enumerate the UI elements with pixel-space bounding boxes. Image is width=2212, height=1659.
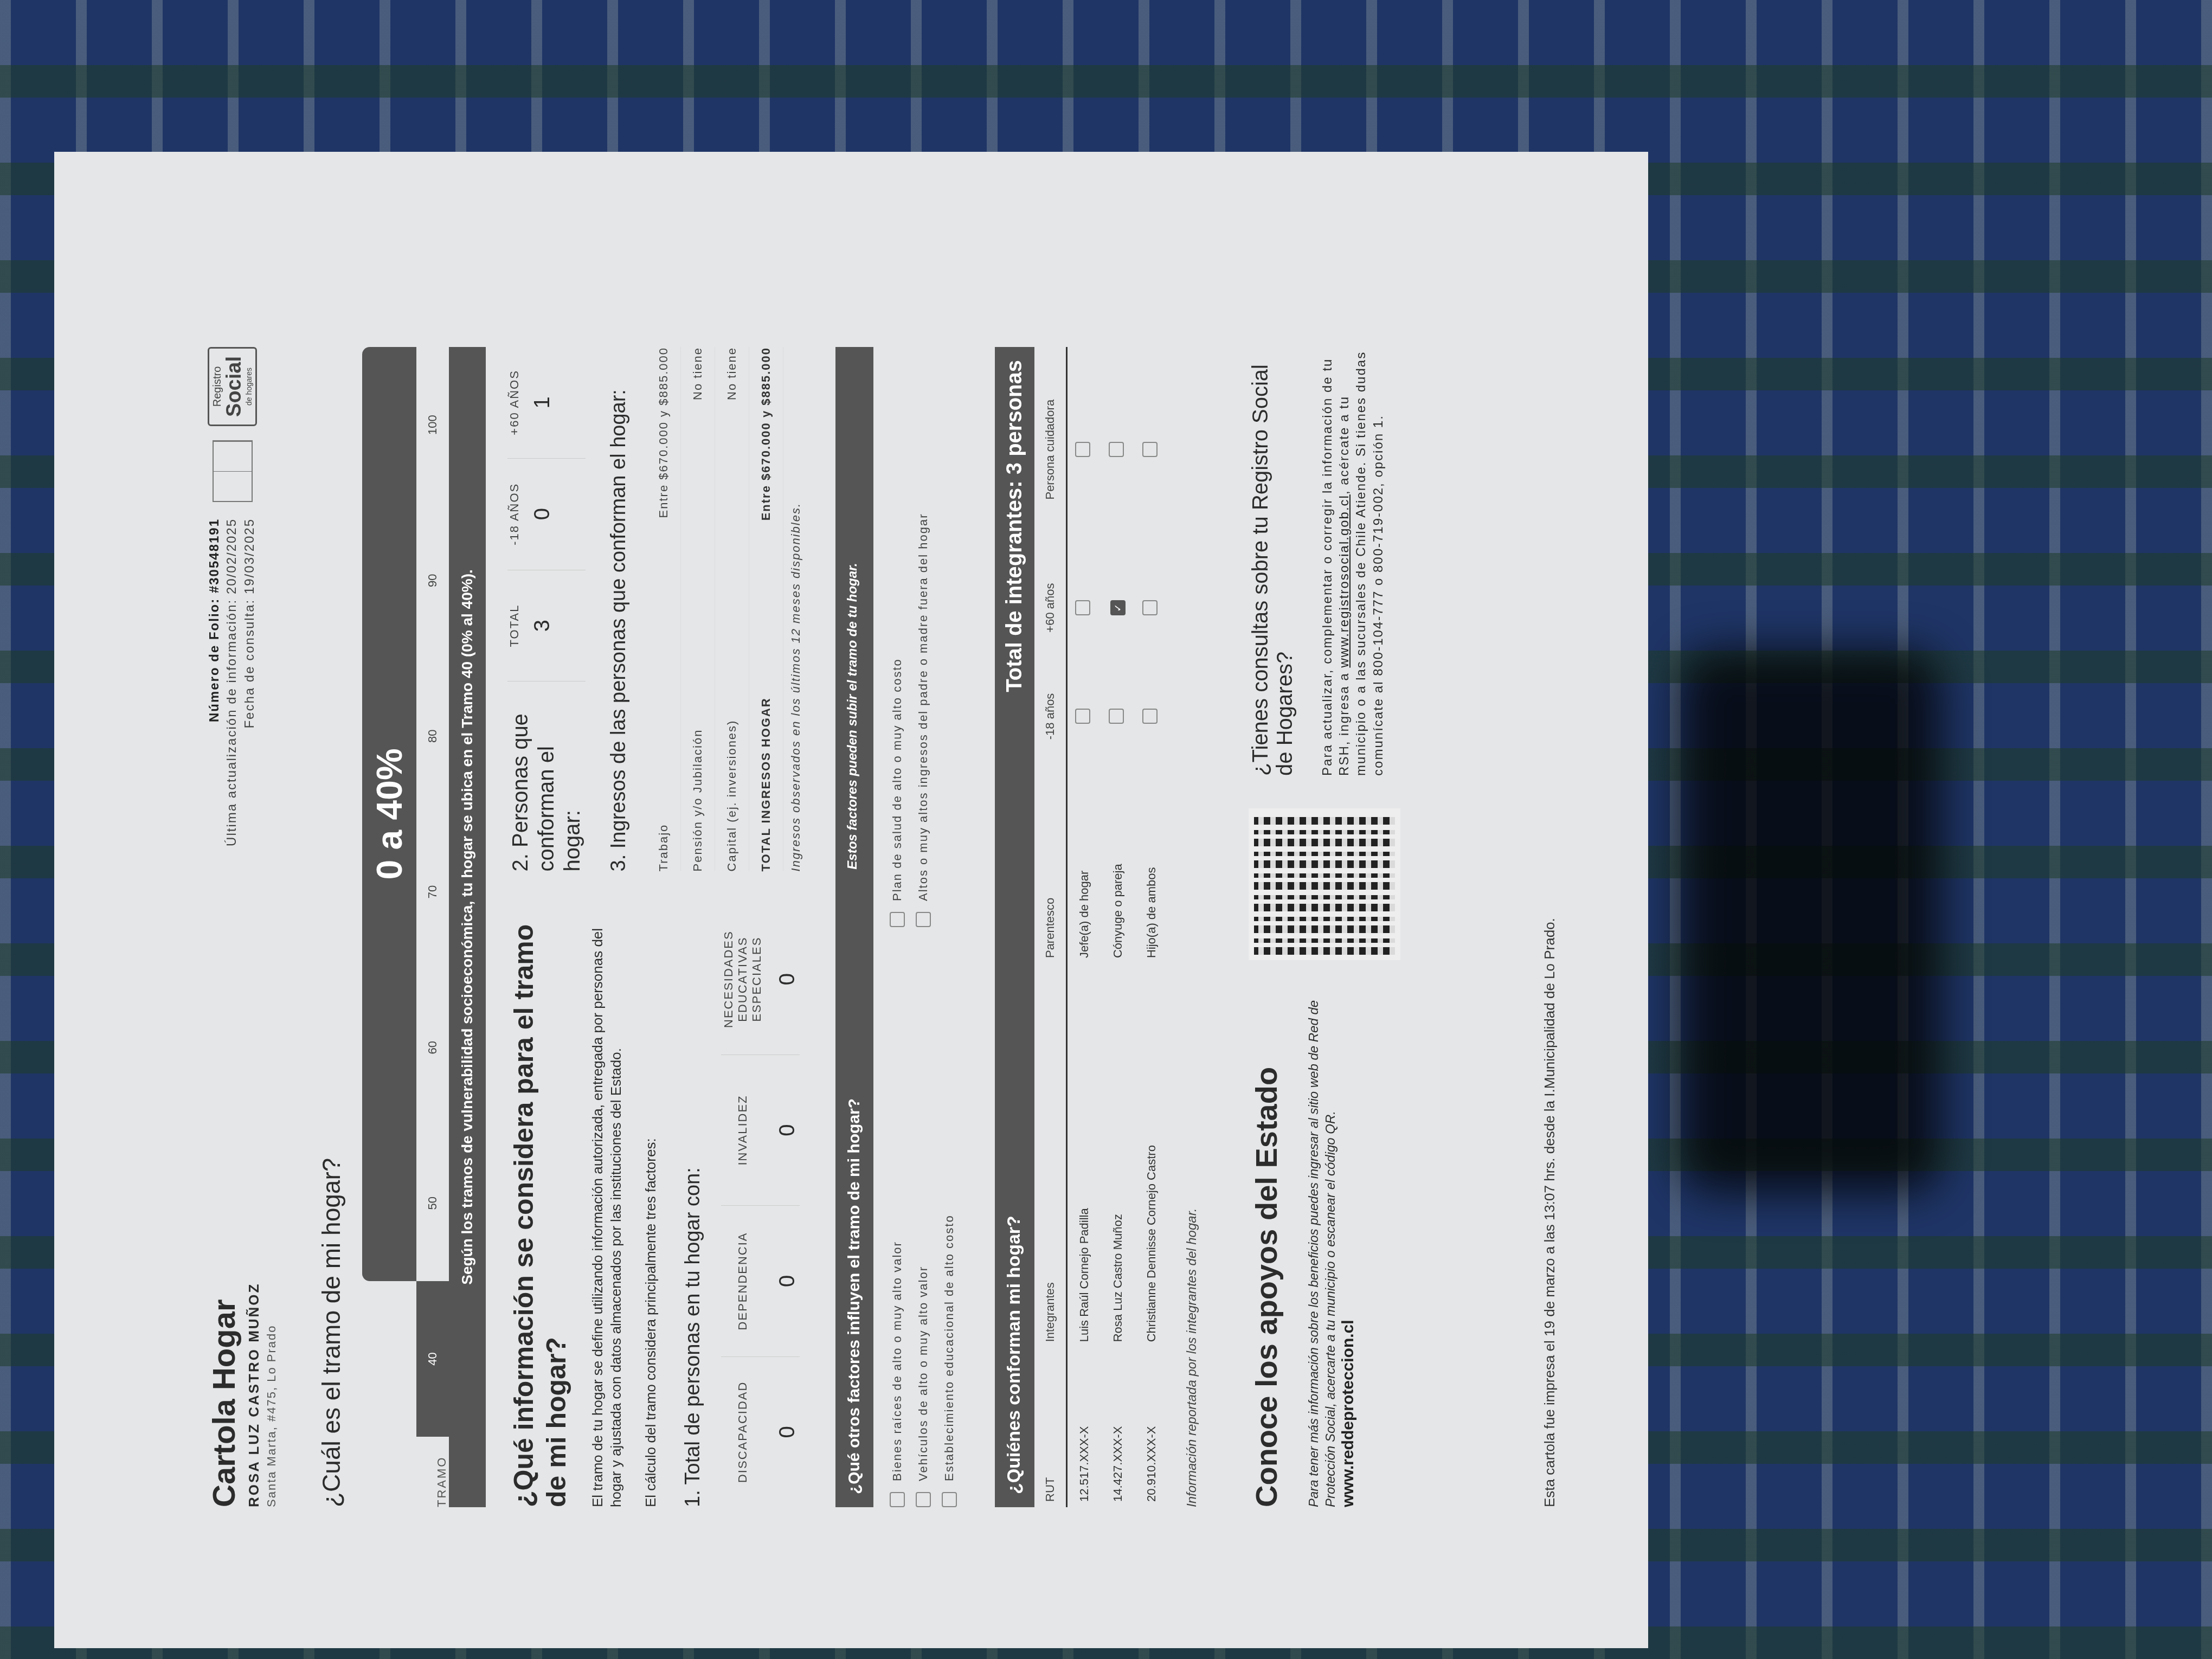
member-flag bbox=[1067, 552, 1102, 663]
factor2-value: 0 bbox=[530, 459, 555, 570]
income-table: TrabajoEntre $670.000 y $885.000Pensión … bbox=[647, 347, 783, 871]
checkbox[interactable] bbox=[1142, 442, 1158, 457]
income-value: Entre $670.000 y $885.000 bbox=[657, 347, 671, 518]
checkbox[interactable] bbox=[1142, 709, 1158, 724]
tramo-tick: 50 bbox=[426, 1126, 440, 1281]
tramo-tick: 100 bbox=[426, 347, 440, 503]
member-flag bbox=[1101, 347, 1135, 552]
factor3-title: 3. Ingresos de las personas que conforma… bbox=[607, 347, 631, 871]
members-column-header: Integrantes bbox=[1034, 963, 1067, 1347]
factor2-value: 3 bbox=[530, 570, 555, 681]
checkbox[interactable] bbox=[890, 912, 905, 927]
owner-address: Santa Marta, #475, Lo Prado bbox=[265, 1283, 279, 1507]
rsh-info-heading: ¿Tienes consultas sobre tu Registro Soci… bbox=[1249, 347, 1297, 776]
factor-label: Bienes raíces de alto o muy alto valor bbox=[890, 1241, 904, 1481]
member-flag bbox=[1135, 347, 1168, 552]
rsh-info-section: ¿Tienes consultas sobre tu Registro Soci… bbox=[1249, 347, 1387, 776]
tramo-scale: TRAMO 0 a 40% 405060708090100 bbox=[362, 347, 449, 1507]
other-factors-heading: ¿Qué otros factores influyen el tramo de… bbox=[835, 1085, 873, 1507]
factor1-label: DEPENDENCIA bbox=[721, 1206, 764, 1356]
factor1-value: 0 bbox=[775, 1206, 800, 1356]
document-title: Cartola Hogar bbox=[206, 1283, 242, 1507]
income-value: No tiene bbox=[725, 347, 739, 400]
government-logo bbox=[213, 440, 253, 502]
tramo-tick: 70 bbox=[426, 814, 440, 969]
tramo-tick: 90 bbox=[426, 503, 440, 658]
checkbox[interactable]: ✓ bbox=[1110, 600, 1126, 615]
member-name: Luis Raúl Cornejo Padilla bbox=[1067, 963, 1102, 1347]
factor2: 2. Personas que conforman el hogar: TOTA… bbox=[507, 347, 586, 871]
checkbox[interactable] bbox=[890, 1492, 905, 1507]
info-paragraph-2: El cálculo del tramo considera principal… bbox=[642, 904, 660, 1507]
member-flag bbox=[1135, 552, 1168, 663]
other-factors-header: ¿Qué otros factores influyen el tramo de… bbox=[835, 347, 873, 1507]
checkbox[interactable] bbox=[1109, 442, 1124, 457]
update-date: 20/02/2025 bbox=[224, 518, 239, 594]
income-label: Trabajo bbox=[657, 824, 671, 872]
document-header: Cartola Hogar ROSA LUZ CASTRO MUÑOZ Sant… bbox=[206, 347, 279, 1507]
member-flag: ✓ bbox=[1101, 552, 1135, 663]
checkbox[interactable] bbox=[916, 1492, 931, 1507]
factor-label: Vehículos de alto o muy alto valor bbox=[916, 1266, 930, 1481]
reddeproteccion-link[interactable]: www.reddeproteccion.cl bbox=[1339, 1320, 1357, 1507]
table-row: 20.910.XXX-XChristianne Dennisse Cornejo… bbox=[1135, 347, 1168, 1507]
members-column-header: +60 años bbox=[1034, 552, 1067, 663]
income-row: TOTAL INGRESOS HOGAREntre $670.000 y $88… bbox=[749, 347, 783, 871]
income-label: Capital (ej. inversiones) bbox=[725, 720, 739, 872]
income-label: Pensión y/o Jubilación bbox=[691, 729, 705, 872]
member-rut: 12.517.XXX-X bbox=[1067, 1347, 1102, 1507]
logo-line3: de hogares bbox=[245, 356, 253, 417]
tramo-summary: Según los tramos de vulnerabilidad socio… bbox=[449, 347, 486, 1507]
income-value: No tiene bbox=[691, 347, 705, 400]
member-relation: Jefe(a) de hogar bbox=[1067, 769, 1102, 963]
tramo-tick: 60 bbox=[426, 970, 440, 1126]
checkbox[interactable] bbox=[942, 1492, 957, 1507]
member-rut: 20.910.XXX-X bbox=[1135, 1347, 1168, 1507]
factor2-column: +60 AÑOS1 bbox=[507, 347, 586, 459]
income-row: Capital (ej. inversiones)No tiene bbox=[715, 347, 749, 871]
folio-label: Número de Folio: bbox=[207, 598, 222, 722]
document-meta: Número de Folio: #30548191 Última actual… bbox=[206, 518, 259, 846]
folio-number: #30548191 bbox=[207, 518, 222, 593]
factor1-title: 1. Total de personas en tu hogar con: bbox=[681, 904, 705, 1507]
members-total: Total de integrantes: 3 personas bbox=[995, 347, 1034, 889]
update-label: Última actualización de información: bbox=[224, 599, 239, 846]
income-note: Ingresos observados en los últimos 12 me… bbox=[789, 347, 803, 871]
factor2-title: 2. Personas que conforman el hogar: bbox=[507, 698, 586, 871]
logo-line2: Social bbox=[224, 356, 245, 417]
factor2-label: TOTAL bbox=[507, 570, 522, 681]
factor1-column: NECESIDADES EDUCATIVAS ESPECIALES0 bbox=[721, 904, 800, 1054]
apoyos-section: Conoce los apoyos del Estado Para tener … bbox=[1249, 993, 1358, 1507]
factor-item: Plan de salud de alto o muy alto costo bbox=[884, 347, 910, 927]
income-row: Pensión y/o JubilaciónNo tiene bbox=[681, 347, 715, 871]
factor1-grid: DISCAPACIDAD0DEPENDENCIA0INVALIDEZ0NECES… bbox=[721, 904, 800, 1507]
factor1-label: INVALIDEZ bbox=[721, 1055, 764, 1205]
checkbox[interactable] bbox=[1075, 709, 1090, 724]
factor1-value: 0 bbox=[775, 1055, 800, 1205]
tramo-question: ¿Cuál es el tramo de mi hogar? bbox=[317, 347, 346, 1507]
info-heading: ¿Qué información se considera para el tr… bbox=[507, 904, 573, 1507]
factor2-value: 1 bbox=[530, 347, 555, 458]
member-name: Rosa Luz Castro Muñoz bbox=[1101, 963, 1135, 1347]
income-row: TrabajoEntre $670.000 y $885.000 bbox=[647, 347, 681, 871]
members-note: Información reportada por los integrante… bbox=[1185, 347, 1200, 1507]
cartola-document: Cartola Hogar ROSA LUZ CASTRO MUÑOZ Sant… bbox=[54, 152, 1648, 1648]
member-name: Christianne Dennisse Cornejo Castro bbox=[1135, 963, 1168, 1347]
info-paragraph-1: El tramo de tu hogar se define utilizand… bbox=[589, 904, 626, 1507]
factor1-column: DEPENDENCIA0 bbox=[721, 1205, 800, 1356]
factor-item: Vehículos de alto o muy alto valor bbox=[910, 927, 936, 1507]
checkbox[interactable] bbox=[1075, 442, 1090, 457]
table-row: 12.517.XXX-XLuis Raúl Cornejo PadillaJef… bbox=[1067, 347, 1102, 1507]
tramo-tick: 40 bbox=[416, 1281, 449, 1437]
members-table: RUTIntegrantesParentesco-18 años+60 años… bbox=[1034, 347, 1168, 1507]
checkbox[interactable] bbox=[1109, 709, 1124, 724]
factor-label: Altos o muy altos ingresos del padre o m… bbox=[916, 513, 930, 901]
factor1-value: 0 bbox=[775, 904, 800, 1054]
factor1-value: 0 bbox=[775, 1357, 800, 1507]
factor2-label: -18 AÑOS bbox=[507, 459, 522, 570]
qr-code[interactable] bbox=[1249, 808, 1400, 960]
factor2-column: TOTAL3 bbox=[507, 570, 586, 682]
members-column-header: Persona cuidadora bbox=[1034, 347, 1067, 552]
checkbox[interactable] bbox=[1075, 600, 1090, 615]
factor1-label: NECESIDADES EDUCATIVAS ESPECIALES bbox=[721, 904, 764, 1054]
tramo-label: TRAMO bbox=[435, 1442, 449, 1507]
factor1-label: DISCAPACIDAD bbox=[721, 1357, 764, 1507]
registrosocial-link[interactable]: www.registrosocial.gob.cl bbox=[1337, 494, 1352, 667]
member-rut: 14.427.XXX-X bbox=[1101, 1347, 1135, 1507]
member-flag bbox=[1101, 664, 1135, 769]
factor1-column: INVALIDEZ0 bbox=[721, 1054, 800, 1205]
apoyos-heading: Conoce los apoyos del Estado bbox=[1249, 993, 1284, 1507]
factor-label: Plan de salud de alto o muy alto costo bbox=[890, 658, 904, 901]
apoyos-text: Para tener más información sobre los ben… bbox=[1306, 993, 1339, 1507]
query-label: Fecha de consulta: bbox=[242, 599, 257, 729]
members-column-header: RUT bbox=[1034, 1347, 1067, 1507]
factor1-column: DISCAPACIDAD0 bbox=[721, 1356, 800, 1507]
members-column-header: Parentesco bbox=[1034, 769, 1067, 963]
tramo-ticks: 405060708090100 bbox=[416, 347, 449, 1437]
member-relation: Hijo(a) de ambos bbox=[1135, 769, 1168, 963]
factor-item: Establecimiento educacional de alto cost… bbox=[936, 927, 962, 1507]
factor2-label: +60 AÑOS bbox=[507, 347, 522, 458]
paper-sheet: Cartola Hogar ROSA LUZ CASTRO MUÑOZ Sant… bbox=[54, 152, 1648, 1648]
other-factors-list: Bienes raíces de alto o muy alto valorVe… bbox=[884, 347, 962, 1507]
members-column-header: -18 años bbox=[1034, 664, 1067, 769]
member-flag bbox=[1067, 347, 1102, 552]
factor2-column: -18 AÑOS0 bbox=[507, 459, 586, 570]
factor-item: Altos o muy altos ingresos del padre o m… bbox=[910, 347, 936, 927]
rsh-info-text: Para actualizar, complementar o corregir… bbox=[1319, 347, 1387, 776]
member-relation: Cónyuge o pareja bbox=[1101, 769, 1135, 963]
checkbox[interactable] bbox=[916, 912, 931, 927]
print-footer: Esta cartola fue impresa el 19 de marzo … bbox=[1541, 347, 1558, 1507]
tramo-tick: 80 bbox=[426, 658, 440, 814]
registro-social-logo: Registro Social de hogares bbox=[208, 347, 257, 426]
logo-line1: Registro bbox=[211, 356, 224, 417]
factor-item: Bienes raíces de alto o muy alto valor bbox=[884, 927, 910, 1507]
member-flag bbox=[1067, 664, 1102, 769]
checkbox[interactable] bbox=[1142, 600, 1158, 615]
members-header: ¿Quiénes conforman mi hogar? Total de in… bbox=[995, 347, 1034, 1507]
member-flag bbox=[1135, 664, 1168, 769]
hand-shadow bbox=[1681, 651, 1941, 1193]
income-value: Entre $670.000 y $885.000 bbox=[759, 347, 773, 520]
factor2-grid: TOTAL3-18 AÑOS0+60 AÑOS1 bbox=[507, 347, 586, 681]
query-date: 19/03/2025 bbox=[242, 518, 257, 594]
other-factors-subheading: Estos factores pueden subir el tramo de … bbox=[835, 347, 873, 1085]
members-heading: ¿Quiénes conforman mi hogar? bbox=[995, 889, 1034, 1507]
factor-label: Establecimiento educacional de alto cost… bbox=[942, 1214, 956, 1481]
owner-name: ROSA LUZ CASTRO MUÑOZ bbox=[246, 1283, 262, 1507]
income-label: TOTAL INGRESOS HOGAR bbox=[759, 697, 773, 871]
table-row: 14.427.XXX-XRosa Luz Castro MuñozCónyuge… bbox=[1101, 347, 1135, 1507]
tramo-range: 0 a 40% bbox=[362, 347, 416, 1281]
